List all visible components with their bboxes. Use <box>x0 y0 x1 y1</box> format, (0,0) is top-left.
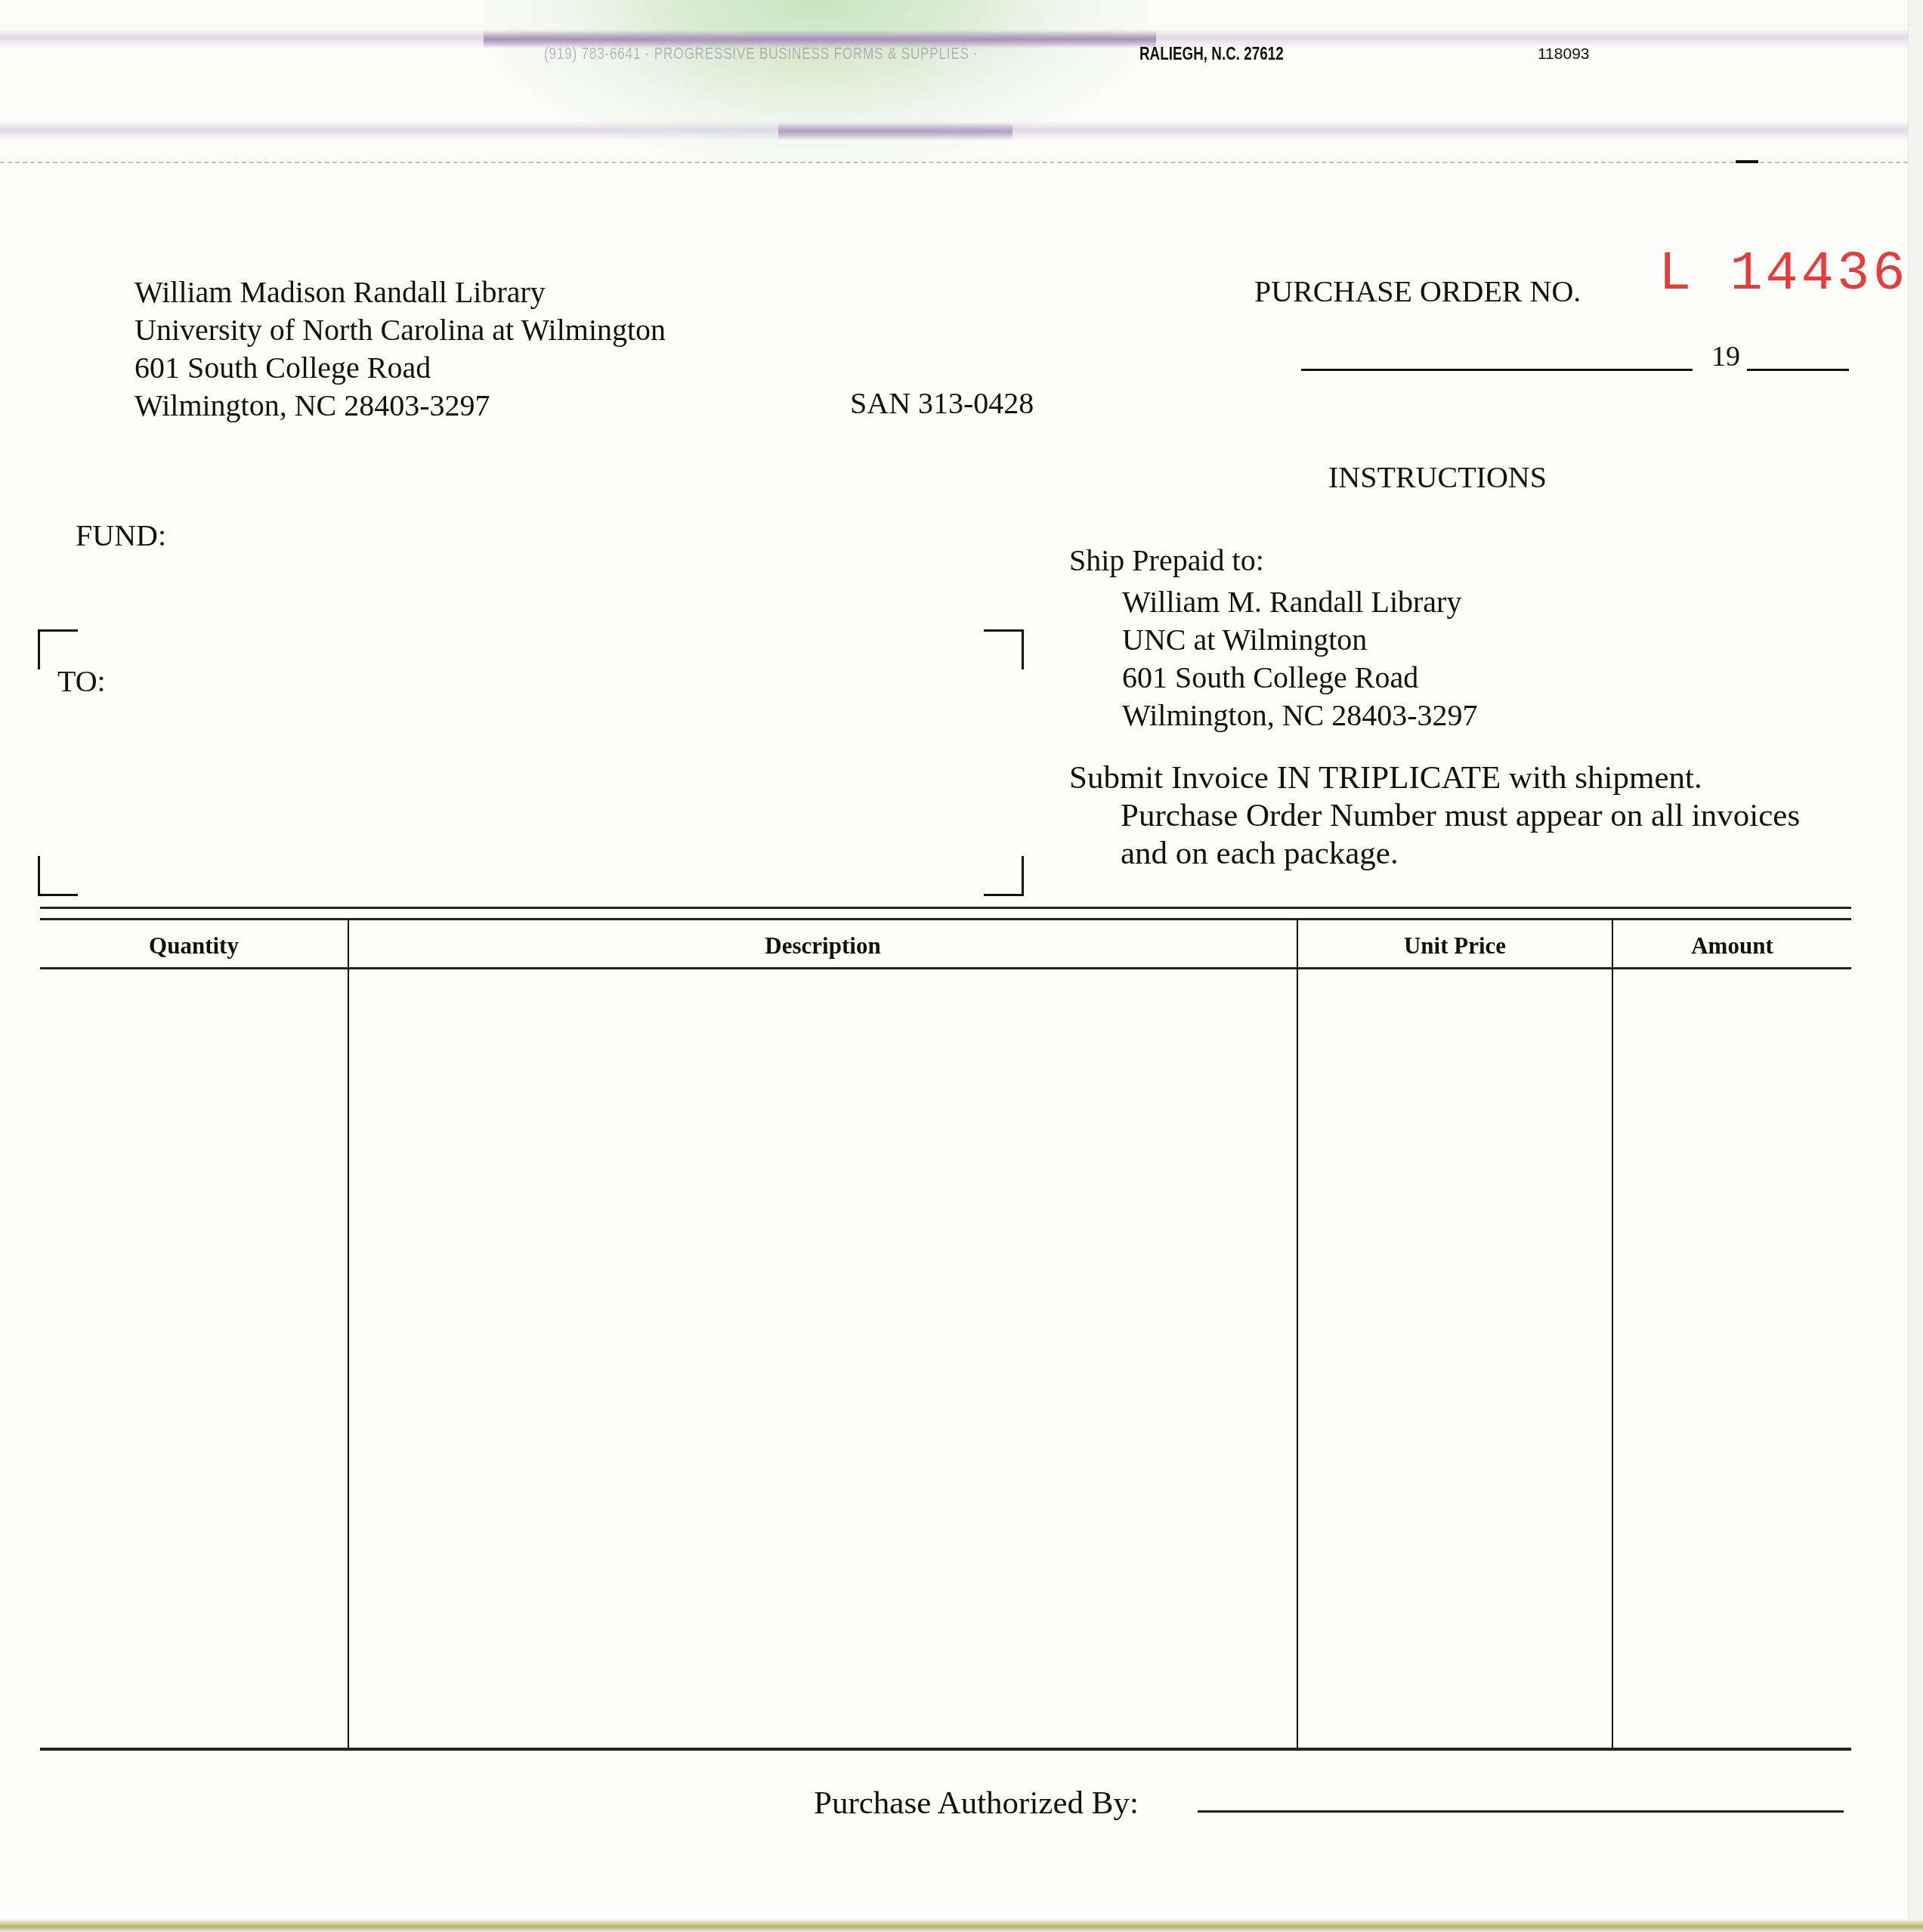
printer-city: RALIEGH, N.C. 27612 <box>1139 44 1284 64</box>
page-bottom-edge <box>0 1919 1923 1932</box>
purchase-order-label: PURCHASE ORDER NO. <box>1254 274 1581 309</box>
description-column-cell[interactable] <box>349 970 1297 1745</box>
ship-address: William M. Randall Library UNC at Wilmin… <box>1122 583 1478 734</box>
table-header-rule <box>40 967 1851 969</box>
address-line: Wilmington, NC 28403-3297 <box>134 387 666 425</box>
table-top-rule <box>40 918 1851 920</box>
printer-stub: (919) 783-6641 · PROGRESSIVE BUSINESS FO… <box>0 0 1908 162</box>
quantity-column-cell[interactable] <box>40 970 348 1745</box>
printer-info: (919) 783-6641 · PROGRESSIVE BUSINESS FO… <box>544 44 979 63</box>
submit-invoice-instruction: Submit Invoice IN TRIPLICATE with shipme… <box>1069 759 1702 796</box>
bracket-bottom-left <box>38 856 78 896</box>
instructions-title: INSTRUCTIONS <box>1328 459 1547 495</box>
authorized-by-signature-field[interactable] <box>1198 1810 1844 1813</box>
address-line: University of North Carolina at Wilmingt… <box>134 311 666 349</box>
divider <box>40 907 1851 909</box>
ship-address-line: William M. Randall Library <box>1122 583 1478 621</box>
po-number-note: Purchase Order Number must appear on all… <box>1121 797 1801 873</box>
library-address: William Madison Randall Library Universi… <box>134 274 666 425</box>
authorized-by-label: Purchase Authorized By: <box>814 1785 1139 1822</box>
registration-mark <box>1736 160 1758 163</box>
table-bottom-rule <box>40 1748 1851 1751</box>
column-header-amount: Amount <box>1613 931 1851 961</box>
perforation-line <box>0 162 1908 163</box>
carbon-smudge <box>778 122 1013 141</box>
purchase-order-number: L 14436 <box>1659 243 1908 305</box>
column-header-unit-price: Unit Price <box>1298 931 1612 961</box>
fund-label: FUND: <box>76 518 166 553</box>
ship-address-line: UNC at Wilmington <box>1122 621 1478 659</box>
ship-prepaid-label: Ship Prepaid to: <box>1069 543 1264 578</box>
unit-price-column-cell[interactable] <box>1298 970 1612 1745</box>
form-number: 118093 <box>1538 45 1590 63</box>
bracket-top-right <box>984 629 1024 669</box>
page-edge <box>1908 0 1923 1932</box>
date-year-field[interactable] <box>1747 369 1849 371</box>
bracket-bottom-right <box>984 856 1024 896</box>
amount-column-cell[interactable] <box>1613 970 1851 1745</box>
date-field[interactable] <box>1301 369 1693 371</box>
date-year-prefix: 19 <box>1711 340 1740 373</box>
san-number: SAN 313-0428 <box>850 385 1034 421</box>
column-header-quantity: Quantity <box>40 931 348 961</box>
address-line: William Madison Randall Library <box>134 274 666 311</box>
ship-address-line: Wilmington, NC 28403-3297 <box>1122 697 1478 734</box>
ship-address-line: 601 South College Road <box>1122 659 1478 697</box>
column-header-description: Description <box>349 931 1297 961</box>
to-label: TO: <box>57 663 106 699</box>
address-line: 601 South College Road <box>134 349 666 387</box>
